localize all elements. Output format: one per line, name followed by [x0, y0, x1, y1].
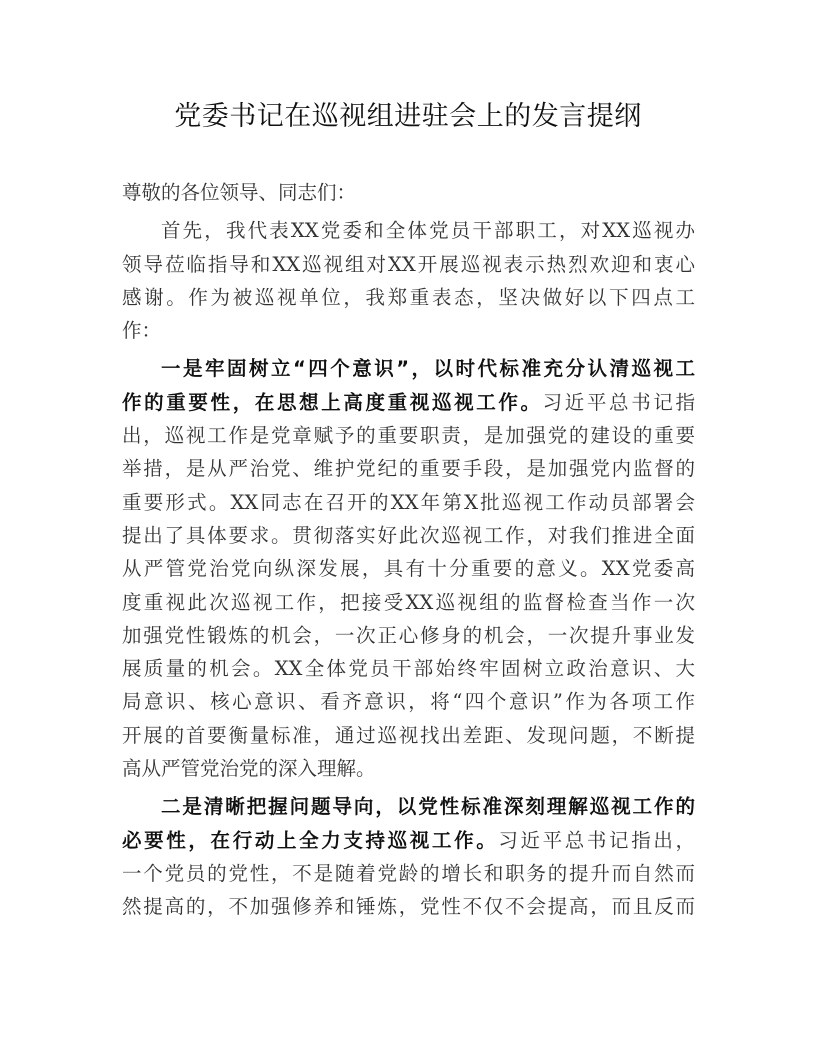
- section2-line: 一个党员的党性，不是随着党龄的增长和职务的提升而自然而: [122, 857, 695, 890]
- section2-heading-end: 必要性，在行动上全力支持巡视工作。: [122, 829, 498, 852]
- section1-line: 重要形式。XX同志在召开的XX年第X批巡视工作动员部署会: [122, 486, 695, 519]
- intro-line: 感谢。作为被巡视单位，我郑重表态，坚决做好以下四点工: [122, 281, 695, 314]
- document-title: 党委书记在巡视组进驻会上的发言提纲: [0, 94, 816, 133]
- section1-heading: 一是牢固树立“四个意识”，以时代标准充分认清巡视工: [122, 352, 695, 385]
- section1-line: 度重视此次巡视工作，把接受XX巡视组的监督检查当作一次: [122, 586, 695, 619]
- section1-heading-end: 作的重要性，在思想上高度重视巡视工作。: [122, 391, 543, 414]
- section1-line: 提出了具体要求。贯彻落实好此次巡视工作，对我们推进全面: [122, 519, 695, 552]
- section2-heading: 二是清晰把握问题导向，以党性标准深刻理解巡视工作的: [122, 790, 695, 823]
- section1-line: 高从严管党治党的深入理解。: [122, 752, 695, 785]
- section1-line: 从严管党治党向纵深发展，具有十分重要的意义。XX党委高: [122, 552, 695, 585]
- document-body: 尊敬的各位领导、同志们： 首先，我代表XX党委和全体党员干部职工，对XX巡视办 …: [122, 176, 695, 924]
- section1-heading-line2: 作的重要性，在思想上高度重视巡视工作。习近平总书记指: [122, 386, 695, 419]
- salutation: 尊敬的各位领导、同志们：: [122, 176, 695, 209]
- section1-line: 展质量的机会。XX全体党员干部始终牢固树立政治意识、大: [122, 652, 695, 685]
- section1-line: 加强党性锻炼的机会，一次正心修身的机会，一次提升事业发: [122, 619, 695, 652]
- section2-text-start: 习近平总书记指出，: [498, 829, 695, 852]
- section1-line: 局意识、核心意识、看齐意识，将“四个意识”作为各项工作: [122, 685, 695, 718]
- section1-line: 出，巡视工作是党章赋予的重要职责，是加强党的建设的重要: [122, 419, 695, 452]
- section2-heading-line2: 必要性，在行动上全力支持巡视工作。习近平总书记指出，: [122, 824, 695, 857]
- section1-line: 举措，是从严治党、维护党纪的重要手段，是加强党内监督的: [122, 452, 695, 485]
- intro-line: 首先，我代表XX党委和全体党员干部职工，对XX巡视办: [122, 214, 695, 247]
- section2-line: 然提高的，不加强修养和锤炼，党性不仅不会提高，而且反而: [122, 890, 695, 923]
- section1-line: 开展的首要衡量标准，通过巡视找出差距、发现问题，不断提: [122, 719, 695, 752]
- intro-line: 领导莅临指导和XX巡视组对XX开展巡视表示热烈欢迎和衷心: [122, 248, 695, 281]
- intro-line: 作：: [122, 314, 695, 347]
- section1-text-start: 习近平总书记指: [543, 391, 695, 414]
